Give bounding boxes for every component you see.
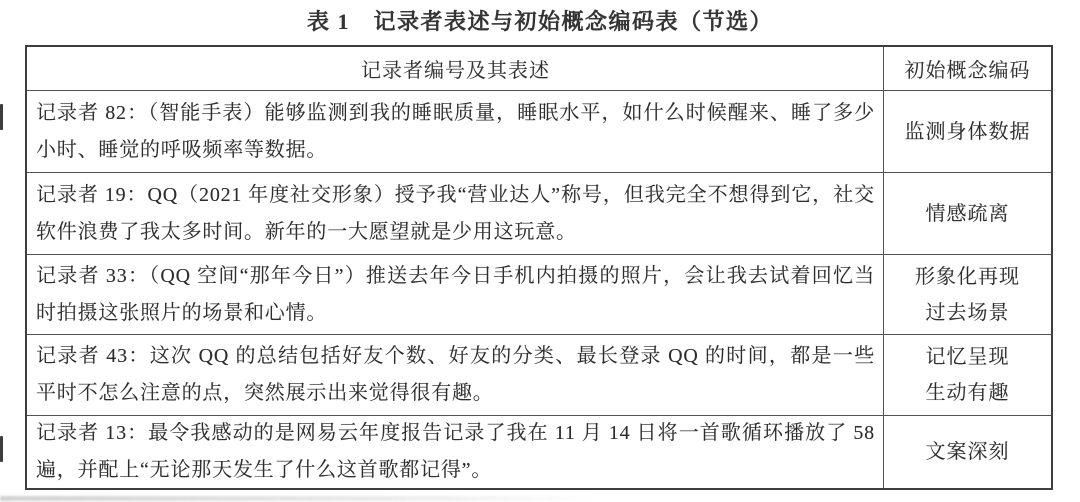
table-row-1-code-cell: 监测身体数据 (884, 90, 1051, 172)
scan-artifact-left-tick (0, 104, 3, 130)
statement-text: 记录者 33：（QQ 空间“那年今日”）推送去年今日手机内拍摄的照片，会让我去试… (36, 258, 875, 332)
scan-artifact-left-tick (0, 436, 3, 462)
statement-text: 记录者 19：QQ（2021 年度社交形象）授予我“营业达人”称号，但我完全不想… (36, 177, 875, 251)
table-row-3-statement-cell: 记录者 33：（QQ 空间“那年今日”）推送去年今日手机内拍摄的照片，会让我去试… (27, 254, 884, 334)
code-text: 监测身体数据 (884, 114, 1051, 150)
table-row-2-statement-cell: 记录者 19：QQ（2021 年度社交形象）授予我“营业达人”称号，但我完全不想… (27, 172, 884, 254)
table-row-4-statement-cell: 记录者 43：这次 QQ 的总结包括好友个数、好友的分类、最长登录 QQ 的时间… (27, 334, 884, 415)
statement-text: 记录者 82：（智能手表）能够监测到我的睡眠质量，睡眠水平，如什么时候醒来、睡了… (36, 95, 875, 169)
code-text: 文案深刻 (884, 434, 1051, 470)
code-text: 情感疏离 (884, 196, 1051, 232)
table-row-1-statement-cell: 记录者 82：（智能手表）能够监测到我的睡眠质量，睡眠水平，如什么时候醒来、睡了… (27, 90, 884, 172)
table-row-5-statement-cell: 记录者 13：最令我感动的是网易云年度报告记录了我在 11 月 14 日将一首歌… (27, 415, 884, 488)
table-caption: 表 1 记录者表述与初始概念编码表（节选） (0, 5, 1080, 36)
code-text: 记忆呈现 生动有趣 (884, 339, 1051, 411)
table-row-2-code-cell: 情感疏离 (884, 172, 1051, 254)
coding-table: 记录者编号及其表述 初始概念编码 记录者 82：（智能手表）能够监测到我的睡眠质… (25, 45, 1053, 490)
header-statement-cell: 记录者编号及其表述 (27, 47, 884, 90)
header-statement-label: 记录者编号及其表述 (361, 54, 550, 83)
header-code-cell: 初始概念编码 (884, 47, 1051, 90)
table-row-5-code-cell: 文案深刻 (884, 415, 1051, 488)
scan-artifact-bottom-smudge (0, 496, 600, 501)
code-text: 形象化再现 过去场景 (884, 259, 1051, 331)
statement-text: 记录者 13：最令我感动的是网易云年度报告记录了我在 11 月 14 日将一首歌… (36, 415, 875, 488)
statement-text: 记录者 43：这次 QQ 的总结包括好友个数、好友的分类、最长登录 QQ 的时间… (36, 338, 875, 412)
table-row-3-code-cell: 形象化再现 过去场景 (884, 254, 1051, 334)
header-code-label: 初始概念编码 (905, 54, 1031, 83)
table-row-4-code-cell: 记忆呈现 生动有趣 (884, 334, 1051, 415)
